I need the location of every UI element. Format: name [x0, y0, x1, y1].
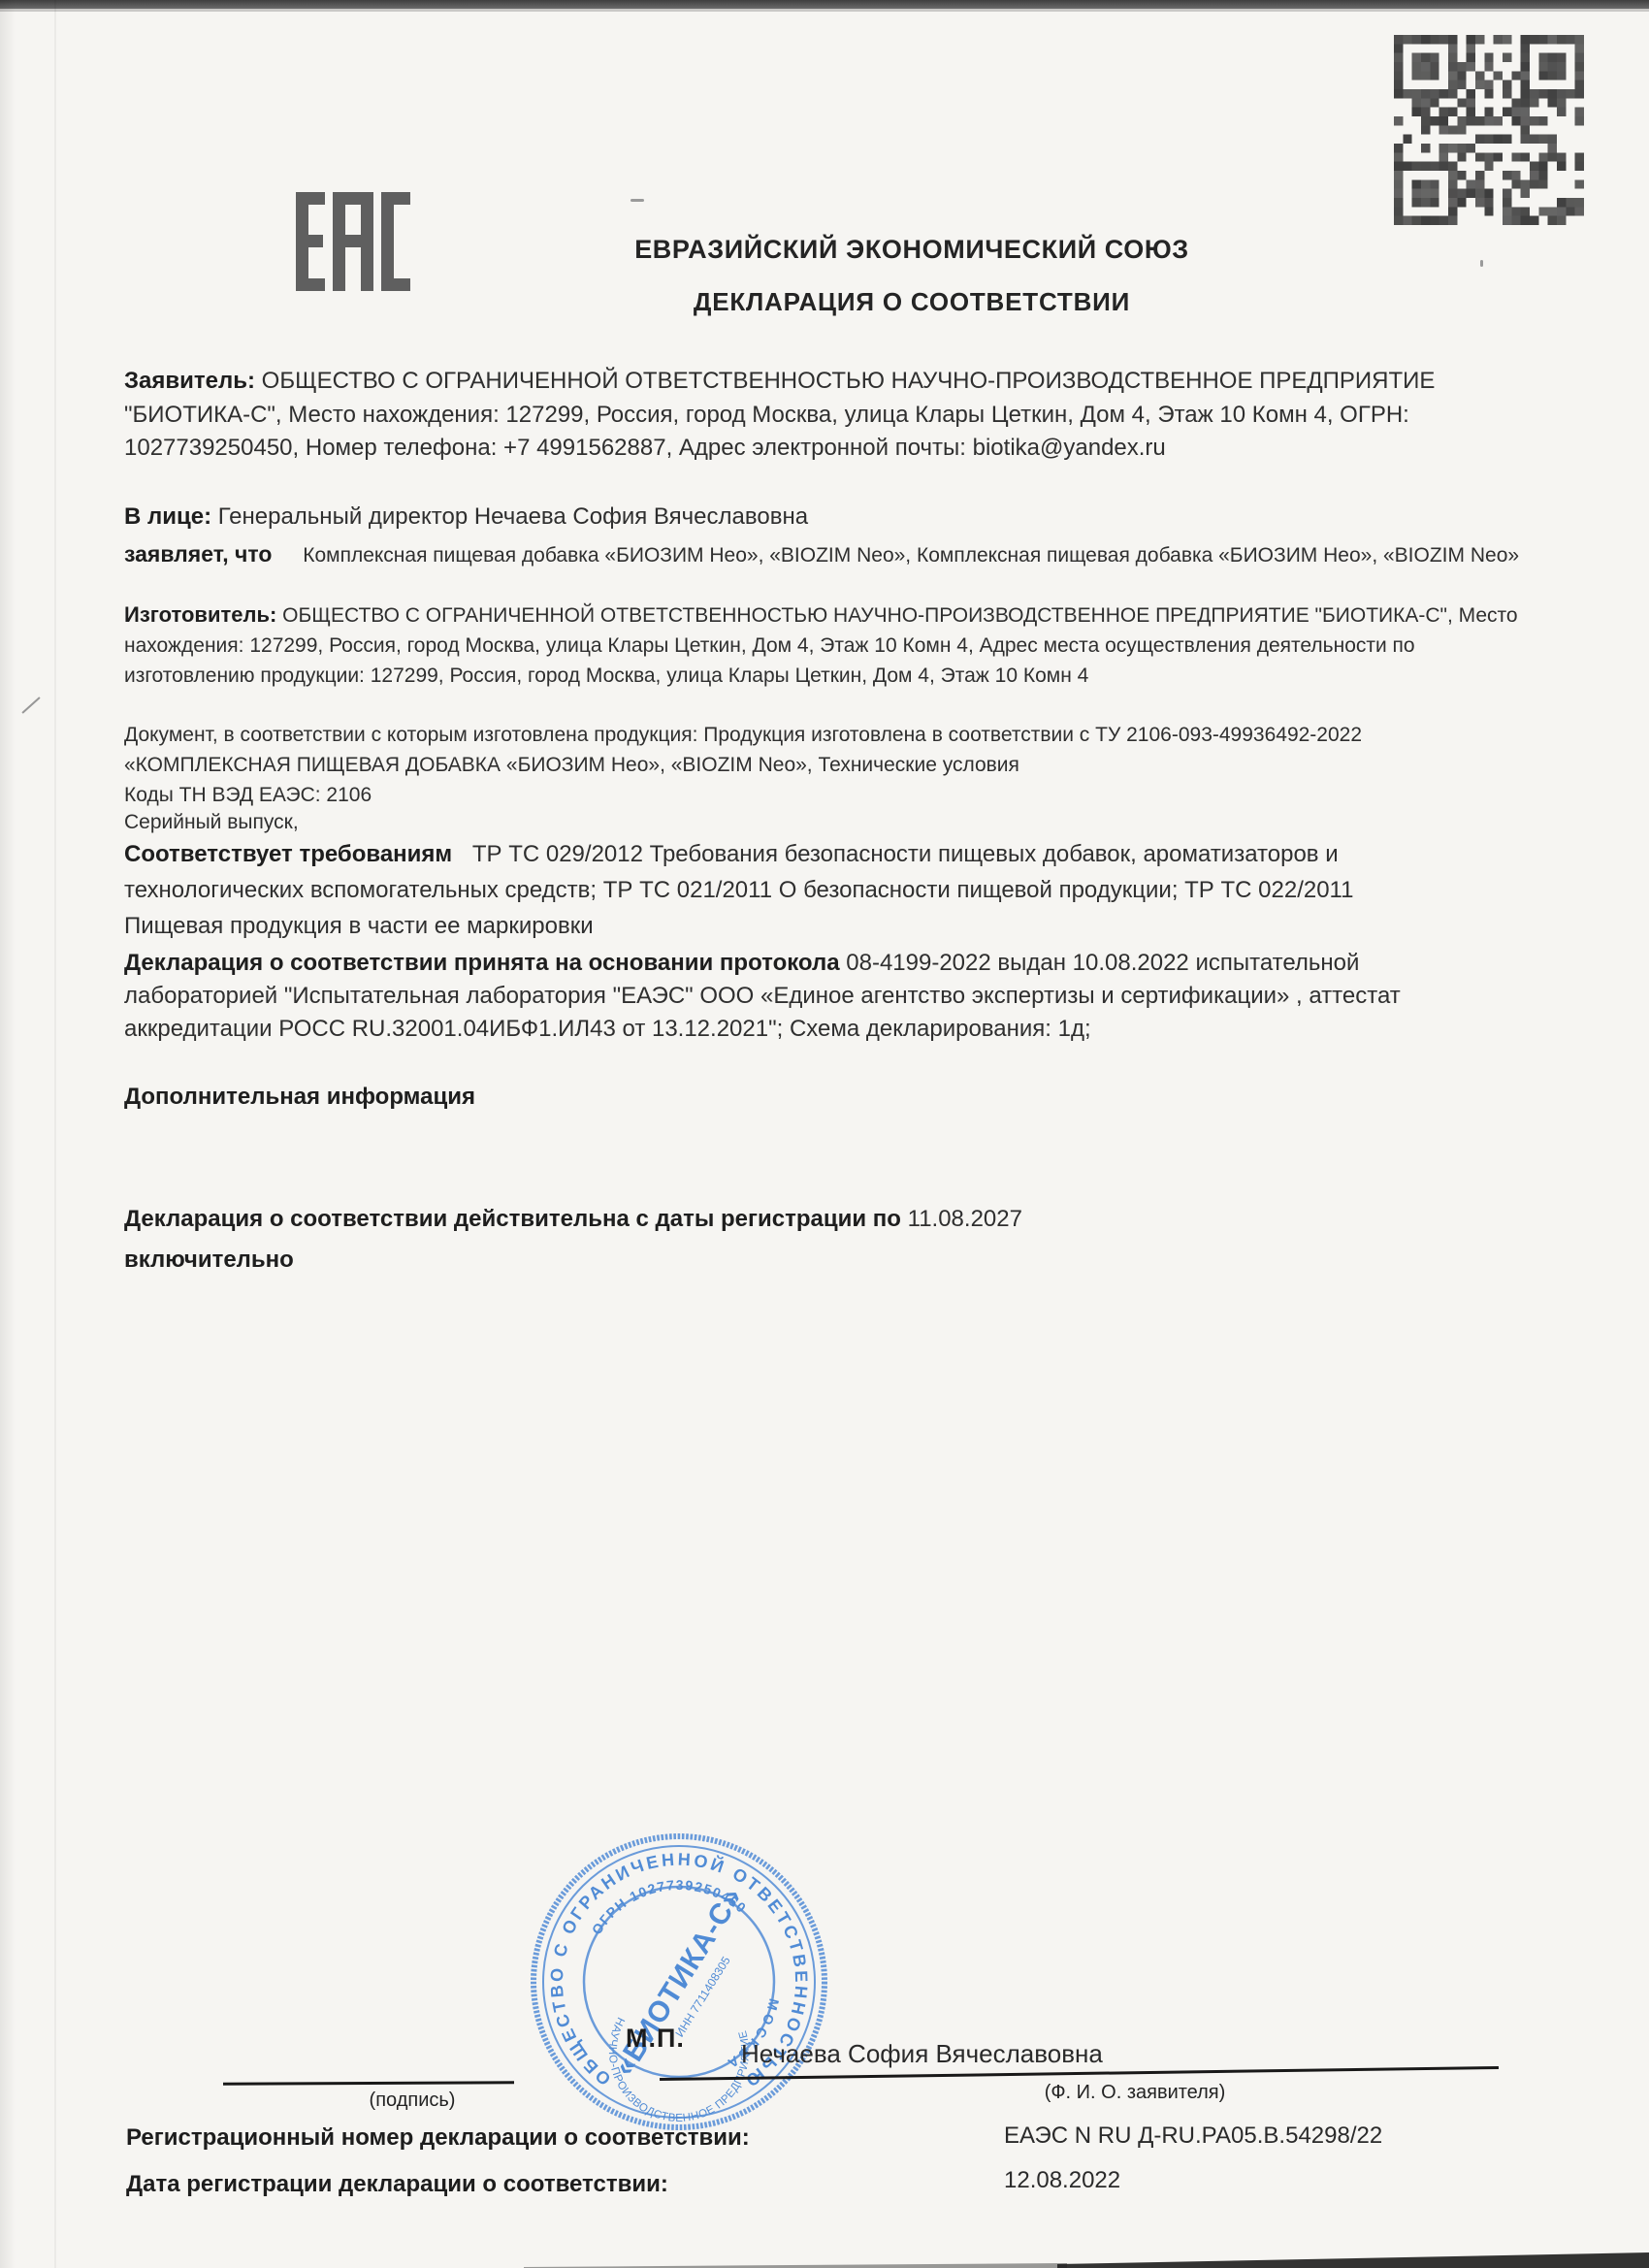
scan-top-edge-shadow	[0, 9, 1649, 12]
declaration-title: ДЕКЛАРАЦИЯ О СООТВЕТСТВИИ	[330, 287, 1494, 317]
signature-caption: (подпись)	[344, 2090, 480, 2112]
tnved-text: Коды ТН ВЭД ЕАЭС: 2106	[124, 784, 372, 806]
basis-label: Декларация о соответствии принята на осн…	[124, 950, 840, 976]
manufacturer-paragraph: Изготовитель: ОБЩЕСТВО С ОГРАНИЧЕННОЙ ОТ…	[124, 599, 1523, 691]
applicant-paragraph: Заявитель: ОБЩЕСТВО С ОГРАНИЧЕННОЙ ОТВЕТ…	[124, 365, 1523, 466]
signatory-name: Нечаева София Вячеславовна	[741, 2039, 1103, 2069]
qr-code	[1394, 35, 1584, 225]
additional-info-heading: Дополнительная информация	[124, 1081, 1523, 1115]
serial-text: Серийный выпуск,	[124, 811, 299, 833]
validity-suffix: включительно	[124, 1240, 1523, 1280]
name-caption: (Ф. И. О. заявителя)	[1014, 2082, 1256, 2104]
registration-date-value: 12.08.2022	[1004, 2167, 1120, 2194]
manufacturer-label: Изготовитель:	[124, 602, 276, 627]
document-header: ЕВРАЗИЙСКИЙ ЭКОНОМИЧЕСКИЙ СОЮЗ ДЕКЛАРАЦИ…	[330, 235, 1494, 317]
pen-slash-mark	[21, 697, 40, 714]
registration-date-label: Дата регистрации декларации о соответств…	[126, 2171, 668, 2198]
scan-left-edge	[0, 0, 16, 2268]
applicant-label: Заявитель:	[124, 368, 255, 394]
tnved-line: Коды ТН ВЭД ЕАЭС: 2106	[124, 780, 1523, 810]
union-title: ЕВРАЗИЙСКИЙ ЭКОНОМИЧЕСКИЙ СОЮЗ	[330, 235, 1494, 265]
validity-label: Декларация о соответствии действительна …	[124, 1206, 901, 1232]
registration-number-value: ЕАЭС N RU Д-RU.РА05.В.54298/22	[1004, 2122, 1382, 2150]
person-label: В лице:	[124, 503, 211, 530]
production-document-text: Документ, в соответствии с которым изгот…	[124, 724, 1362, 776]
serial-line: Серийный выпуск,	[124, 807, 1523, 837]
seal-place-mark: М.П.	[626, 2024, 685, 2054]
scan-top-edge	[0, 0, 1649, 9]
applicant-text: ОБЩЕСТВО С ОГРАНИЧЕННОЙ ОТВЕТСТВЕННОСТЬЮ…	[124, 368, 1435, 461]
manufacturer-text: ОБЩЕСТВО С ОГРАНИЧЕННОЙ ОТВЕТСТВЕННОСТЬЮ…	[124, 604, 1518, 687]
declares-label: заявляет, что	[124, 541, 272, 567]
person-text: Генеральный директор Нечаева София Вячес…	[218, 503, 808, 530]
scanned-declaration-page: ЕВРАЗИЙСКИЙ ЭКОНОМИЧЕСКИЙ СОЮЗ ДЕКЛАРАЦИ…	[0, 0, 1649, 2268]
conforms-paragraph: Соответствует требованиям ТР ТС 029/2012…	[124, 836, 1429, 944]
declares-paragraph: заявляет, что Комплексная пищевая добавк…	[124, 539, 1523, 570]
validity-date: 11.08.2027	[908, 1206, 1022, 1232]
declares-text: Комплексная пищевая добавка «БИОЗИМ Нео»…	[303, 544, 1519, 567]
registration-number-label: Регистрационный номер декларации о соотв…	[126, 2124, 750, 2152]
basis-paragraph: Декларация о соответствии принята на осн…	[124, 947, 1482, 1046]
signature-line	[223, 2081, 514, 2086]
production-document-paragraph: Документ, в соответствии с которым изгот…	[124, 720, 1523, 780]
person-paragraph: В лице: Генеральный директор Нечаева Соф…	[124, 501, 1523, 535]
company-stamp: ОБЩЕСТВО С ОГРАНИЧЕННОЙ ОТВЕТСТВЕННОСТЬЮ…	[519, 1822, 839, 2142]
additional-info-label: Дополнительная информация	[124, 1084, 475, 1110]
conforms-label: Соответствует требованиям	[124, 841, 452, 867]
paper-fold-line	[54, 0, 56, 2268]
scan-speck	[630, 199, 644, 202]
scan-bottom-edge	[0, 2247, 1649, 2268]
validity-paragraph: Декларация о соответствии действительна …	[124, 1199, 1523, 1280]
